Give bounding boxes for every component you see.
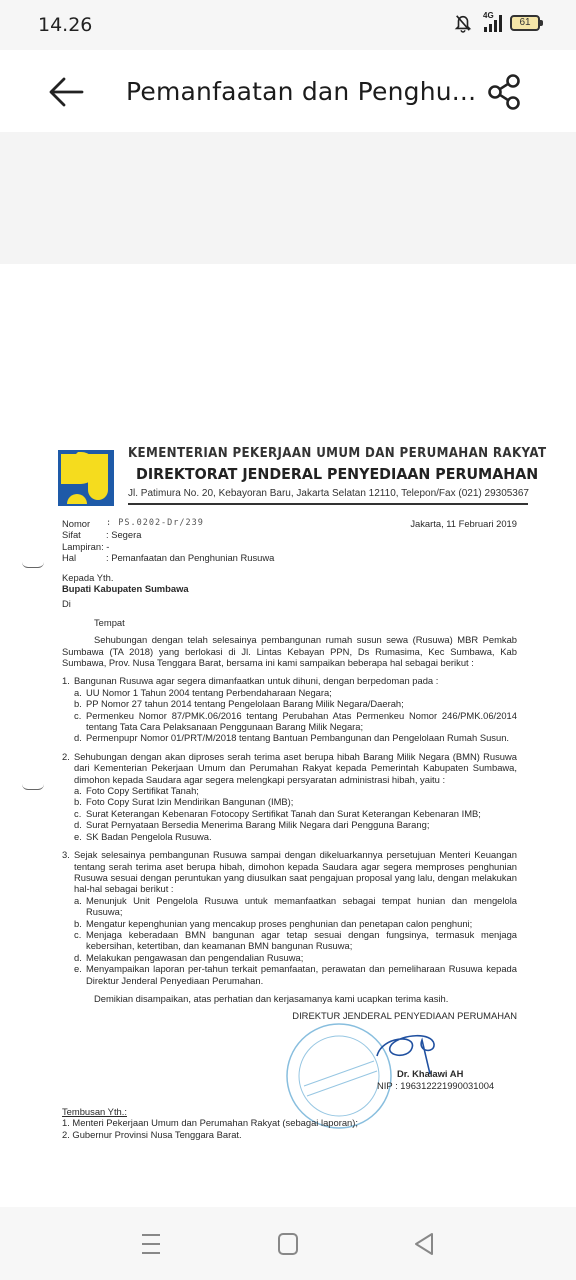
sub-item-text: UU Nomor 1 Tahun 2004 tentang Perbendaha… (86, 687, 517, 698)
sub-item: a.UU Nomor 1 Tahun 2004 tentang Perbenda… (74, 687, 517, 698)
sub-item-text: Surat Keterangan Kebenaran Fotocopy Sert… (86, 808, 517, 819)
meta-label: Nomor (62, 518, 106, 529)
signal-icon: 4G (480, 14, 502, 32)
sub-item: b.PP Nomor 27 tahun 2014 tentang Pengelo… (74, 698, 517, 709)
numbered-items: 1.Bangunan Rusuwa agar segera dimanfaatk… (62, 675, 517, 986)
sub-item-text: Foto Copy Surat Izin Mendirikan Bangunan… (86, 796, 517, 807)
signatory-nip: NIP : 196312221990031004 (377, 1080, 494, 1091)
system-nav-bar (0, 1207, 576, 1280)
document-page: KEMENTERIAN PEKERJAAN UMUM DAN PERUMAHAN… (0, 264, 576, 1208)
item-number: 1. (62, 675, 74, 743)
ministry-name: KEMENTERIAN PEKERJAAN UMUM DAN PERUMAHAN… (128, 446, 546, 461)
item-number: 2. (62, 751, 74, 842)
cc-item: 2. Gubernur Provinsi Nusa Tenggara Barat… (62, 1129, 358, 1140)
numbered-item: 3.Sejak selesainya pembangunan Rusuwa sa… (62, 849, 517, 986)
meta-sifat: Sifat : Segera (62, 529, 517, 540)
sub-item-text: Menjaga keberadaan BMN bangunan agar tet… (86, 929, 517, 952)
sub-item-text: Permenpupr Nomor 01/PRT/M/2018 tentang B… (86, 732, 517, 743)
status-bar: 14.26 4G 61 (0, 0, 576, 50)
letter-body: Jakarta, 11 Februari 2019 Nomor : PS.020… (62, 518, 517, 1004)
meta-value: : Pemanfaatan dan Penghunian Rusuwa (106, 552, 274, 563)
sub-item: c.Permenkeu Nomor 87/PMK.06/2016 tentang… (74, 710, 517, 733)
directorate-name: DIREKTORAT JENDERAL PENYEDIAAN PERUMAHAN (136, 465, 538, 483)
sub-item: b.Mengatur kepenghunian yang mencakup pr… (74, 918, 517, 929)
recipient-di: Di (62, 598, 517, 609)
battery-percent: 61 (519, 17, 530, 28)
item-body: Sehubungan dengan akan diproses serah te… (74, 751, 517, 842)
sub-item-letter: c. (74, 929, 86, 952)
signatory-name: Dr. Khalawi AH (397, 1068, 463, 1079)
sub-item-text: PP Nomor 27 tahun 2014 tentang Pengelola… (86, 698, 517, 709)
recipient-name: Bupati Kabupaten Sumbawa (62, 583, 517, 594)
status-icons: 4G 61 (454, 13, 540, 33)
bell-muted-icon (454, 13, 472, 33)
sub-item-letter: d. (74, 732, 86, 743)
sub-item-letter: c. (74, 808, 86, 819)
document-viewer[interactable]: KEMENTERIAN PEKERJAAN UMUM DAN PERUMAHAN… (0, 132, 576, 1207)
app-bar: Pemanfaatan dan Penghu... (0, 50, 576, 132)
sub-item: e.SK Badan Pengelola Rusuwa. (74, 831, 517, 842)
sub-item-text: Menyampaikan laporan per-tahun terkait p… (86, 963, 517, 986)
closing-paragraph: Demikian disampaikan, atas perhatian dan… (62, 993, 517, 1004)
item-number: 3. (62, 849, 74, 986)
document-title: Pemanfaatan dan Penghu... (126, 77, 476, 106)
sub-item: d.Surat Pernyataan Bersedia Menerima Bar… (74, 819, 517, 830)
letterhead-divider (128, 503, 528, 505)
sub-item: c.Surat Keterangan Kebenaran Fotocopy Se… (74, 808, 517, 819)
sub-item-letter: b. (74, 796, 86, 807)
sub-item: e.Menyampaikan laporan per-tahun terkait… (74, 963, 517, 986)
sub-item-letter: d. (74, 952, 86, 963)
page-curl-mark (22, 784, 44, 790)
sub-item-text: Menunjuk Unit Pengelola Rusuwa untuk mem… (86, 895, 517, 918)
meta-value: : - (101, 541, 109, 552)
menu-icon[interactable] (138, 1231, 164, 1257)
letter-date: Jakarta, 11 Februari 2019 (410, 518, 517, 529)
sub-item-text: Surat Pernyataan Bersedia Menerima Baran… (86, 819, 517, 830)
sub-item-text: SK Badan Pengelola Rusuwa. (86, 831, 517, 842)
signature-block: DIREKTUR JENDERAL PENYEDIAAN PERUMAHAN D… (277, 1004, 517, 1021)
sub-item-text: Permenkeu Nomor 87/PMK.06/2016 tentang P… (86, 710, 517, 733)
item-text: Sehubungan dengan akan diproses serah te… (74, 751, 517, 785)
page-curl-mark (22, 562, 44, 568)
battery-icon: 61 (510, 15, 540, 31)
sub-item: c.Menjaga keberadaan BMN bangunan agar t… (74, 929, 517, 952)
arrow-left-icon[interactable] (46, 74, 86, 110)
meta-hal: Hal : Pemanfaatan dan Penghunian Rusuwa (62, 552, 517, 563)
cc-item: 1. Menteri Pekerjaan Umum dan Perumahan … (62, 1117, 358, 1128)
meta-label: Lampiran (62, 541, 101, 552)
meta-label: Sifat (62, 529, 106, 540)
sub-item-letter: d. (74, 819, 86, 830)
item-text: Bangunan Rusuwa agar segera dimanfaatkan… (74, 675, 517, 686)
sub-item-text: Melakukan pengawasan dan pengendalian Ru… (86, 952, 517, 963)
sub-item-letter: b. (74, 918, 86, 929)
status-time: 14.26 (38, 14, 92, 36)
recipient-kepada: Kepada Yth. (62, 572, 517, 583)
intro-paragraph: Sehubungan dengan telah selesainya pemba… (62, 634, 517, 668)
sub-item-letter: e. (74, 831, 86, 842)
numbered-item: 1.Bangunan Rusuwa agar segera dimanfaatk… (62, 675, 517, 743)
sub-item: d.Permenpupr Nomor 01/PRT/M/2018 tentang… (74, 732, 517, 743)
sub-item: a.Foto Copy Sertifikat Tanah; (74, 785, 517, 796)
numbered-item: 2.Sehubungan dengan akan diproses serah … (62, 751, 517, 842)
meta-value: : PS.0202-Dr/239 (106, 518, 204, 529)
sub-item: b.Foto Copy Surat Izin Mendirikan Bangun… (74, 796, 517, 807)
meta-label: Hal (62, 552, 106, 563)
sub-item-letter: a. (74, 895, 86, 918)
sub-item-letter: e. (74, 963, 86, 986)
cc-title: Tembusan Yth.: (62, 1106, 358, 1117)
pupr-logo-icon (58, 450, 114, 506)
share-icon[interactable] (484, 72, 524, 112)
address: Jl. Patimura No. 20, Kebayoran Baru, Jak… (128, 488, 529, 499)
sub-item-text: Foto Copy Sertifikat Tanah; (86, 785, 517, 796)
network-type-label: 4G (483, 11, 494, 20)
meta-value: : Segera (106, 529, 141, 540)
back-triangle-icon[interactable] (412, 1231, 438, 1257)
meta-lampiran: Lampiran : - (62, 541, 517, 552)
sub-item-text: Mengatur kepenghunian yang mencakup pros… (86, 918, 517, 929)
item-body: Sejak selesainya pembangunan Rusuwa samp… (74, 849, 517, 986)
sub-item: a.Menunjuk Unit Pengelola Rusuwa untuk m… (74, 895, 517, 918)
item-body: Bangunan Rusuwa agar segera dimanfaatkan… (74, 675, 517, 743)
carbon-copy: Tembusan Yth.: 1. Menteri Pekerjaan Umum… (62, 1106, 358, 1140)
recipient-tempat: Tempat (62, 617, 517, 628)
item-text: Sejak selesainya pembangunan Rusuwa samp… (74, 849, 517, 895)
home-icon[interactable] (275, 1231, 301, 1257)
sub-item-letter: c. (74, 710, 86, 733)
sub-item: d.Melakukan pengawasan dan pengendalian … (74, 952, 517, 963)
sub-item-letter: b. (74, 698, 86, 709)
sub-item-letter: a. (74, 687, 86, 698)
sub-item-letter: a. (74, 785, 86, 796)
